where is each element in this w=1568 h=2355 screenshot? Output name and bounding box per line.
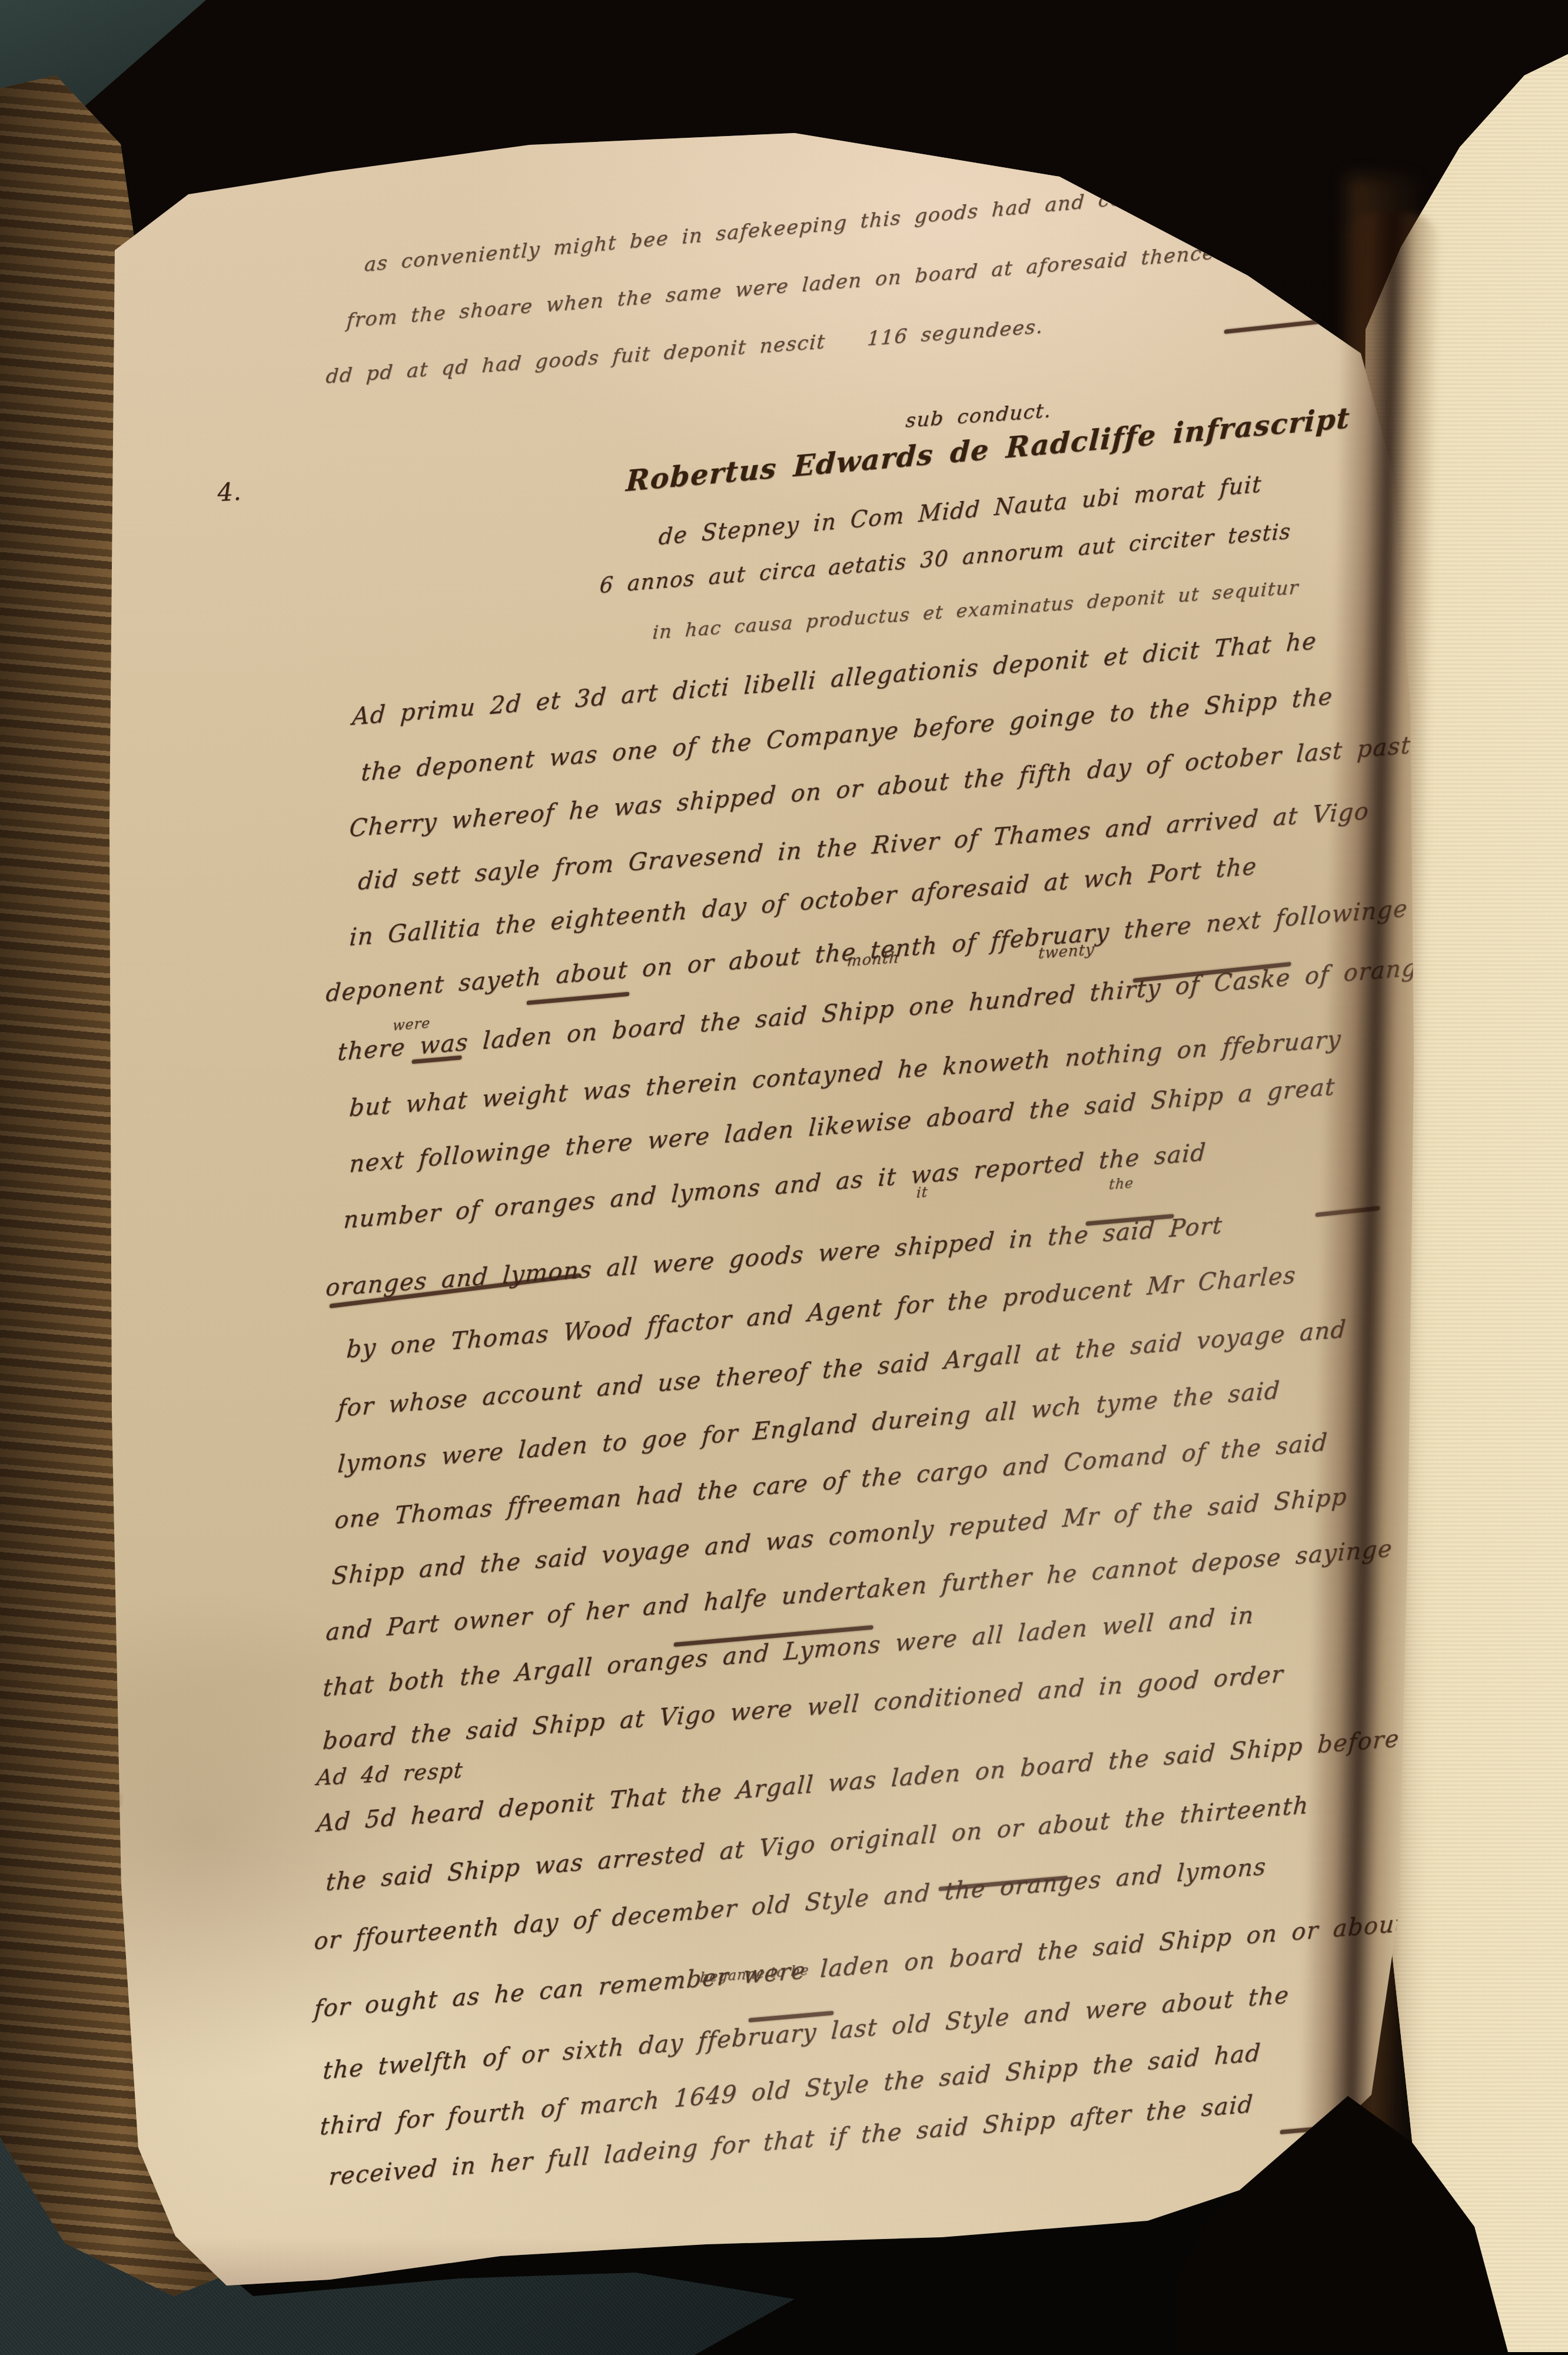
inserted-word: were <box>392 1015 431 1034</box>
manuscript-photo: 4. as conveniently might bee in safekeep… <box>0 0 1568 2355</box>
manuscript-line: Ad 4d respt <box>315 1759 464 1790</box>
strikethrough-mark <box>527 992 630 1005</box>
inserted-word: the <box>1108 1175 1134 1193</box>
inserted-word: it <box>916 1184 928 1202</box>
inserted-word: month <box>846 949 900 970</box>
strikethrough-mark <box>1224 319 1330 334</box>
manuscript-line: sub conduct. <box>905 399 1052 433</box>
inserted-word: twenty <box>1038 941 1095 963</box>
